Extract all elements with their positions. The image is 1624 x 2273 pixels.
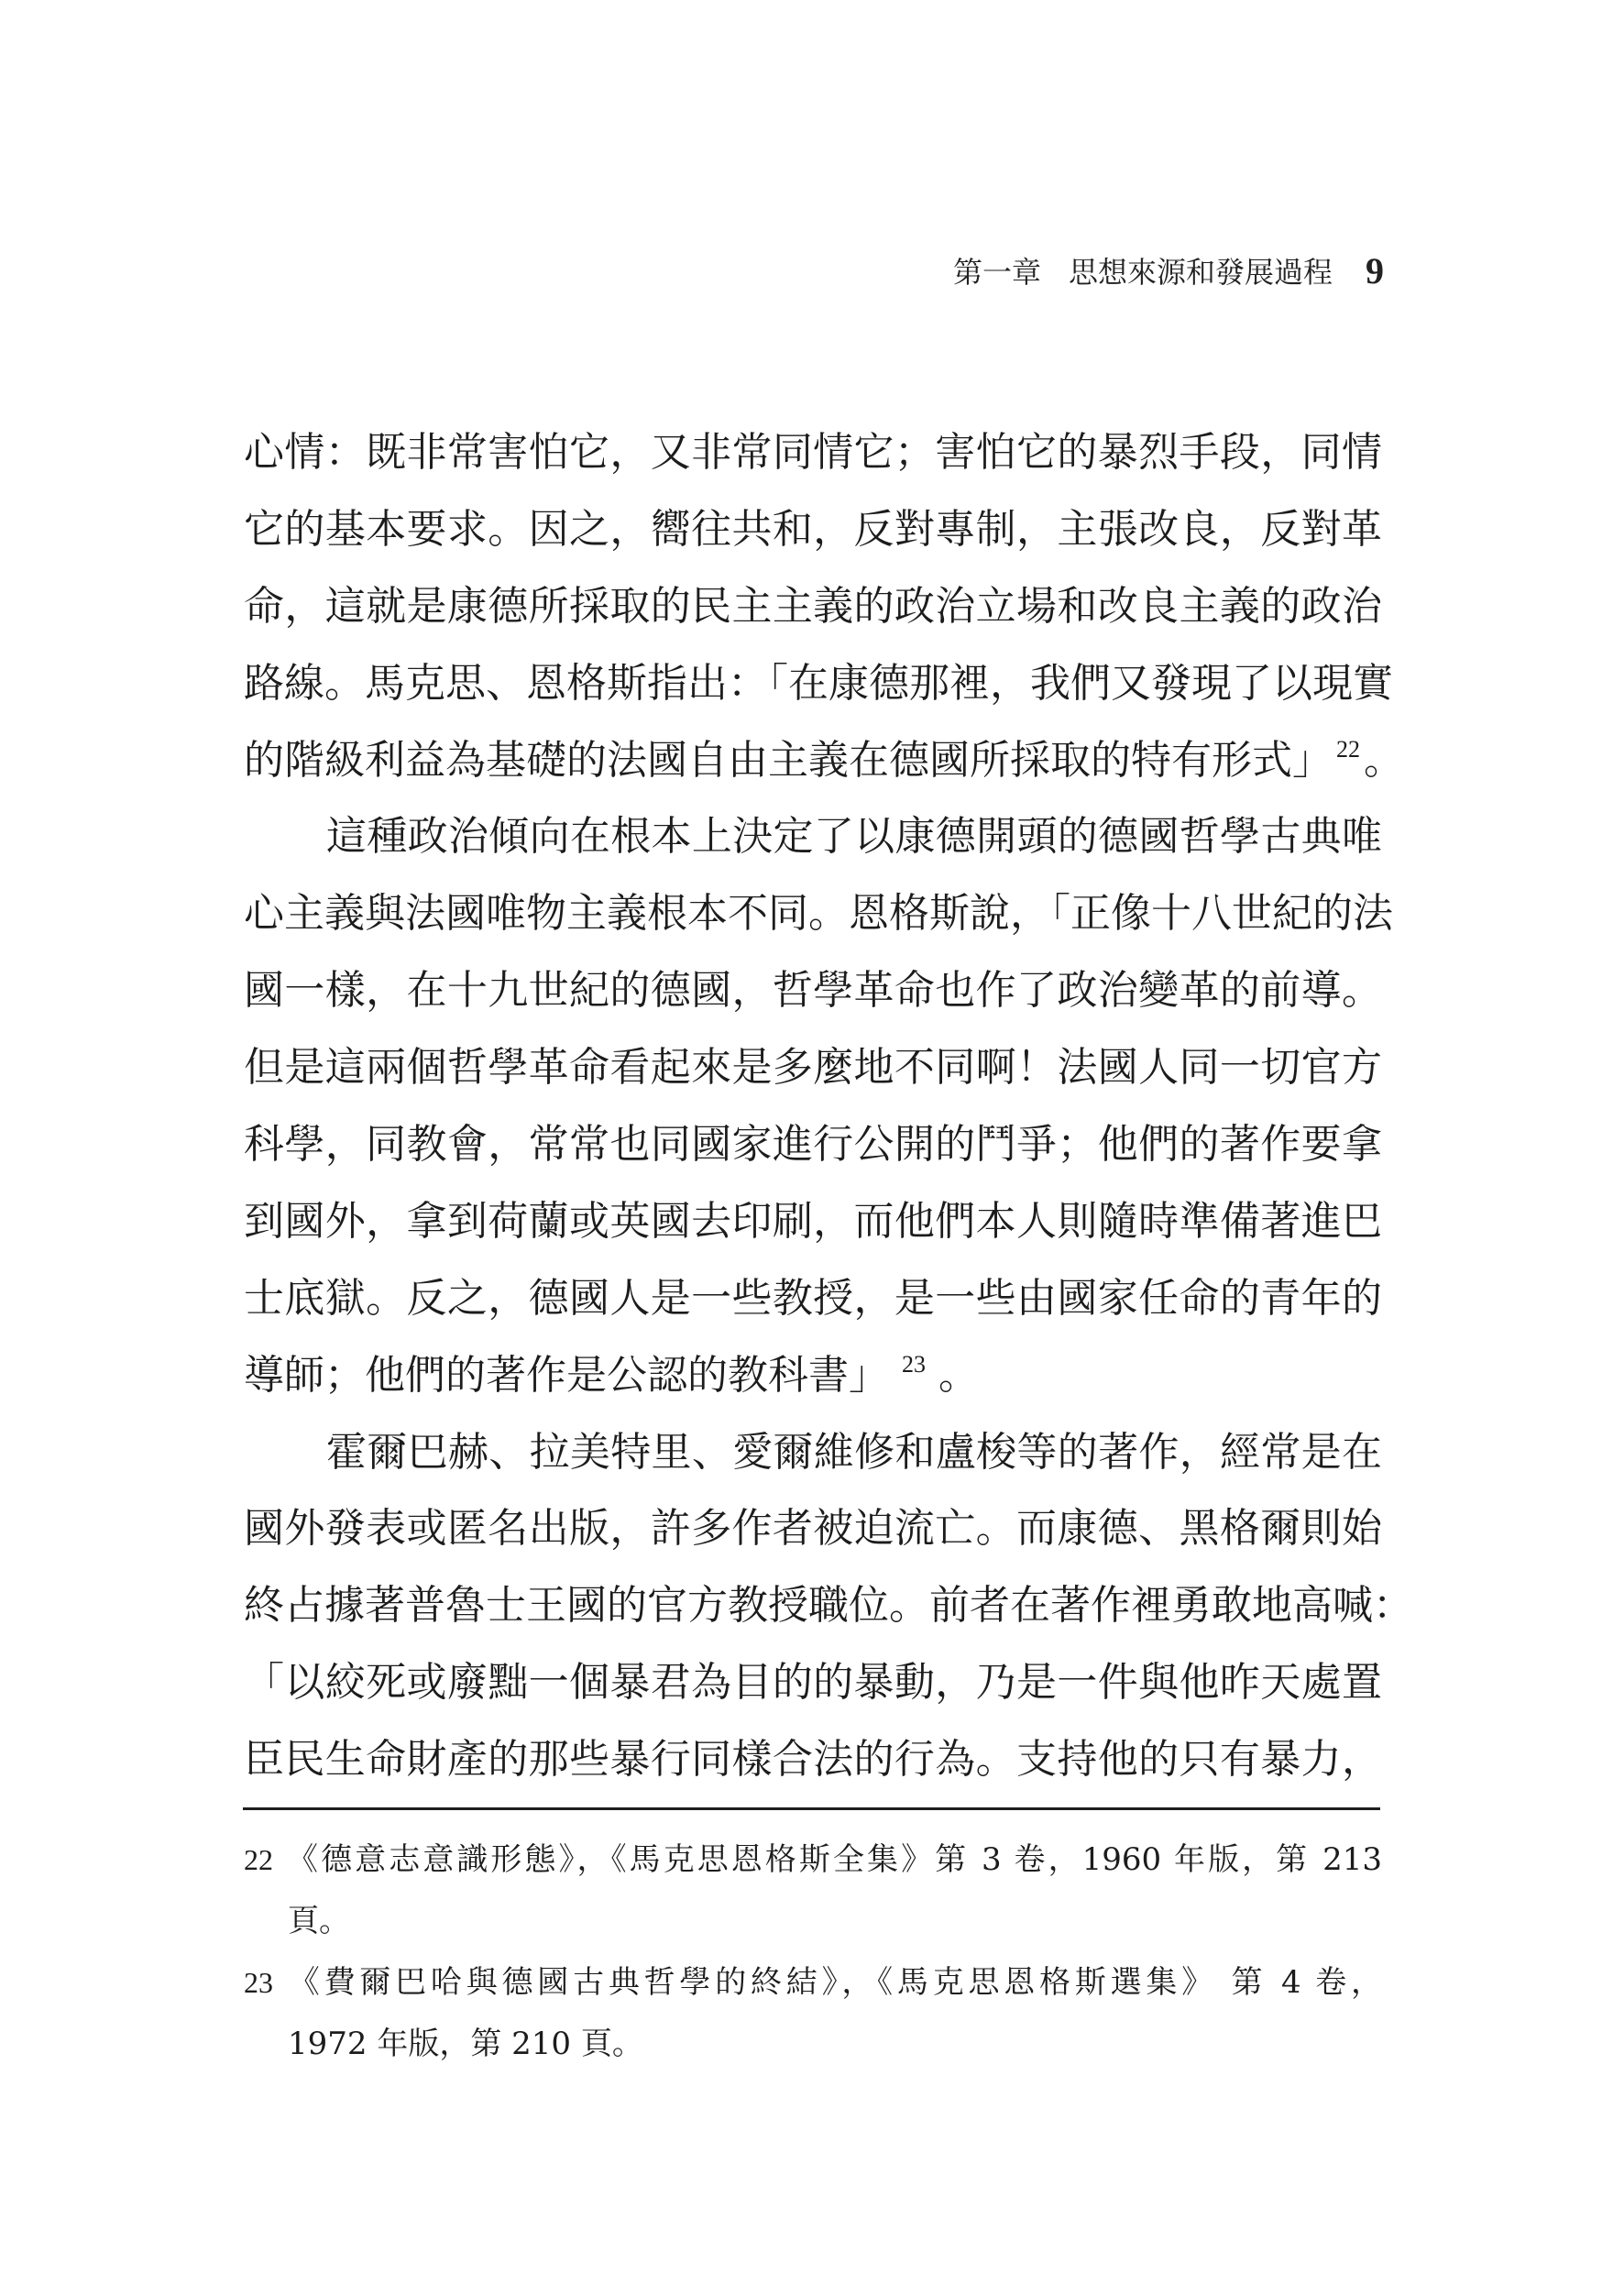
paragraph-start-line: 這種政治傾向在根本上決定了以康德開頭的德國哲學古典唯 <box>244 798 1382 875</box>
footnote-line: 22《德意志意識形態》，《馬克思恩格斯全集》第 3 卷，1960 年版，第 21… <box>244 1829 1382 1891</box>
running-head: 第一章 思想來源和發展過程 9 <box>907 247 1384 293</box>
body-line: 終占據著普魯士王國的官方教授職位。前者在著作裡勇敢地高喊： <box>244 1567 1382 1644</box>
chapter-label: 第一章 <box>953 249 1041 291</box>
body-line: 國外發表或匿名出版，許多作者被迫流亡。而康德、黑格爾則始 <box>244 1490 1382 1567</box>
chapter-title: 思想來源和發展過程 <box>1069 249 1333 291</box>
footnote-continuation: 1972 年版，第 210 頁。 <box>244 2014 1382 2075</box>
body-line-text: 的階級利益為基礎的法國自由主義在德國所採取的特有形式」 <box>244 737 1333 784</box>
body-line: 士底獄。反之，德國人是一些教授，是一些由國家任命的青年的 <box>244 1260 1382 1337</box>
period: 。 <box>938 1352 979 1399</box>
body-line: 命，這就是康德所採取的民主主義的政治立場和改良主義的政治 <box>244 568 1382 645</box>
footnote-text: 《德意志意識形態》，《馬克思恩格斯全集》第 3 卷，1960 年版，第 213 <box>284 1841 1382 1878</box>
footnote-23: 23《費爾巴哈與德國古典哲學的終結》，《馬克思恩格斯選集》 第 4 卷， 197… <box>244 1952 1382 2075</box>
body-line-text: 導師；他們的著作是公認的教科書」 <box>244 1352 889 1399</box>
footnote-ref-22[interactable]: 22 <box>1336 736 1360 763</box>
body-line-with-footnote-23: 導師；他們的著作是公認的教科書」23。 <box>244 1337 1382 1414</box>
footnote-ref-23[interactable]: 23 <box>902 1351 926 1378</box>
footnote-number: 22 <box>244 1829 284 1891</box>
footnote-divider <box>243 1807 1380 1810</box>
body-line: 「以絞死或廢黜一個暴君為目的的暴動，乃是一件與他昨天處置 <box>244 1644 1382 1721</box>
body-line: 國一樣，在十九世紀的德國，哲學革命也作了政治變革的前導。 <box>244 952 1382 1029</box>
body-text: 心情：既非常害怕它，又非常同情它；害怕它的暴烈手段，同情 它的基本要求。因之，嚮… <box>244 414 1382 1798</box>
body-line: 科學，同教會，常常也同國家進行公開的鬥爭；他們的著作要拿 <box>244 1106 1382 1183</box>
body-line: 但是這兩個哲學革命看起來是多麼地不同啊！法國人同一切官方 <box>244 1029 1382 1106</box>
body-line: 心情：既非常害怕它，又非常同情它；害怕它的暴烈手段，同情 <box>244 414 1382 491</box>
footnote-line: 23《費爾巴哈與德國古典哲學的終結》，《馬克思恩格斯選集》 第 4 卷， <box>244 1952 1382 2014</box>
paragraph-start-line: 霍爾巴赫、拉美特里、愛爾維修和盧梭等的著作，經常是在 <box>244 1414 1382 1491</box>
footnote-text: 《費爾巴哈與德國古典哲學的終結》，《馬克思恩格斯選集》 第 4 卷， <box>284 1964 1382 2001</box>
body-line: 臣民生命財產的那些暴行同樣合法的行為。支持他的只有暴力， <box>244 1721 1382 1798</box>
period: 。 <box>1364 737 1404 784</box>
page-number: 9 <box>1366 249 1384 292</box>
body-line: 到國外，拿到荷蘭或英國去印刷，而他們本人則隨時準備著進巴 <box>244 1183 1382 1260</box>
footnote-22: 22《德意志意識形態》，《馬克思恩格斯全集》第 3 卷，1960 年版，第 21… <box>244 1829 1382 1952</box>
footnote-continuation: 頁。 <box>244 1891 1382 1952</box>
body-line: 路線。馬克思、恩格斯指出：「在康德那裡，我們又發現了以現實 <box>244 645 1382 722</box>
body-line: 心主義與法國唯物主義根本不同。恩格斯說，「正像十八世紀的法 <box>244 875 1382 952</box>
footnote-number: 23 <box>244 1952 284 2014</box>
body-line: 它的基本要求。因之，嚮往共和，反對專制，主張改良，反對革 <box>244 491 1382 568</box>
body-line-with-footnote-22: 的階級利益為基礎的法國自由主義在德國所採取的特有形式」22。 <box>244 722 1382 799</box>
footnotes: 22《德意志意識形態》，《馬克思恩格斯全集》第 3 卷，1960 年版，第 21… <box>244 1829 1382 2075</box>
